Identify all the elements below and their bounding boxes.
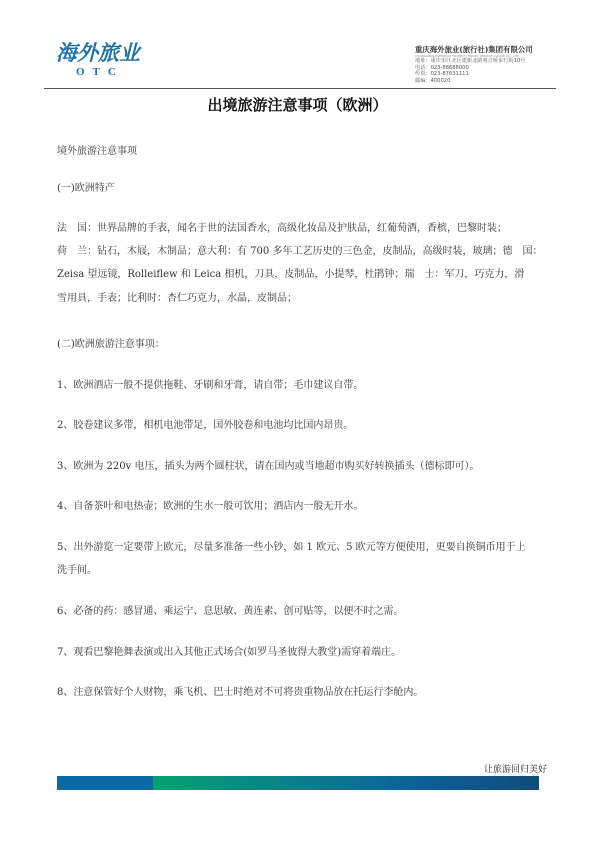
notice-item: 2、胶卷建议多带，相机电池带足，国外胶卷和电池均比国内昂贵。 <box>57 419 557 432</box>
company-postcode: 邮编：400020 <box>415 78 555 85</box>
subtitle: 境外旅游注意事项 <box>57 145 557 158</box>
notice-item: 6、必备的药：感冒通、乘运宁、息思敏、黄连素、创可贴等，以便不时之需。 <box>57 605 557 618</box>
section1-line: Zeisa 望远镜，Rolleiflew 和 Leica 相机，刀具，皮制品，小… <box>57 268 557 281</box>
section2-heading: (二)欧洲旅游注意事项： <box>57 338 557 351</box>
section1-line: 荷 兰：钻石，木屐，木制品；意大利：有 700 多年工艺历史的三色金，皮制品，高… <box>57 245 557 258</box>
section1-heading: (一)欧洲特产 <box>57 182 557 195</box>
company-name: 重庆海外旅业(旅行社)集团有限公司 <box>415 45 555 54</box>
notice-item: 8、注意保管好个人财物，乘飞机、巴士时绝对不可将贵重物品放在托运行李舱内。 <box>57 686 557 699</box>
footer-slogan: 让旅游回归美好 <box>484 764 547 776</box>
notice-item: 7、观看巴黎艳舞表演或出入其他正式场合(如罗马圣彼得大教堂)需穿着端庄。 <box>57 646 557 659</box>
company-fax: 传真：023-87631111 <box>415 71 555 78</box>
page-header: 海外旅业 OTC 重庆海外旅业(旅行社)集团有限公司 CHONGQING OVE… <box>0 0 595 92</box>
footer-bar-blue-segment <box>57 776 153 790</box>
notice-item: 3、欧洲为 220v 电压，插头为两个圆柱状，请在国内或当地超市购买好转换插头（… <box>57 460 557 473</box>
company-info: 重庆海外旅业(旅行社)集团有限公司 CHONGQING OVERSEAS TOU… <box>415 45 555 84</box>
document-title: 出境旅游注意事项（欧洲） <box>0 95 595 115</box>
logo-chinese-text: 海外旅业 <box>56 42 140 64</box>
header-divider <box>44 88 556 89</box>
section1-line: 法 国：世界品牌的手表，闻名于世的法国香水，高级化妆品及护肤品，红葡萄酒，香槟，… <box>57 222 557 235</box>
footer-bar-gradient-segment <box>153 776 539 790</box>
section1-line: 雪用具，手表；比利时：杏仁巧克力，水晶，皮制品； <box>57 292 557 305</box>
footer-color-bar <box>57 776 539 790</box>
otc-logo: 海外旅业 OTC <box>56 42 146 86</box>
notice-item: 5、出外游览一定要带上欧元，尽量多准备一些小钞，如 1 欧元、5 欧元等方便使用… <box>57 541 557 554</box>
notice-item-continuation: 洗手间。 <box>57 564 557 577</box>
notice-item: 1、欧洲酒店一般不提供拖鞋、牙刷和牙膏，请自带；毛巾建议自带。 <box>57 379 557 392</box>
company-address: 地址：重庆市江北区建新北路观音桥步行街10号 <box>415 58 555 65</box>
notice-item: 4、自备茶叶和电热壶；欧洲的生水一般可饮用；酒店内一般无开水。 <box>57 500 557 513</box>
logo-english-text: OTC <box>76 66 124 78</box>
